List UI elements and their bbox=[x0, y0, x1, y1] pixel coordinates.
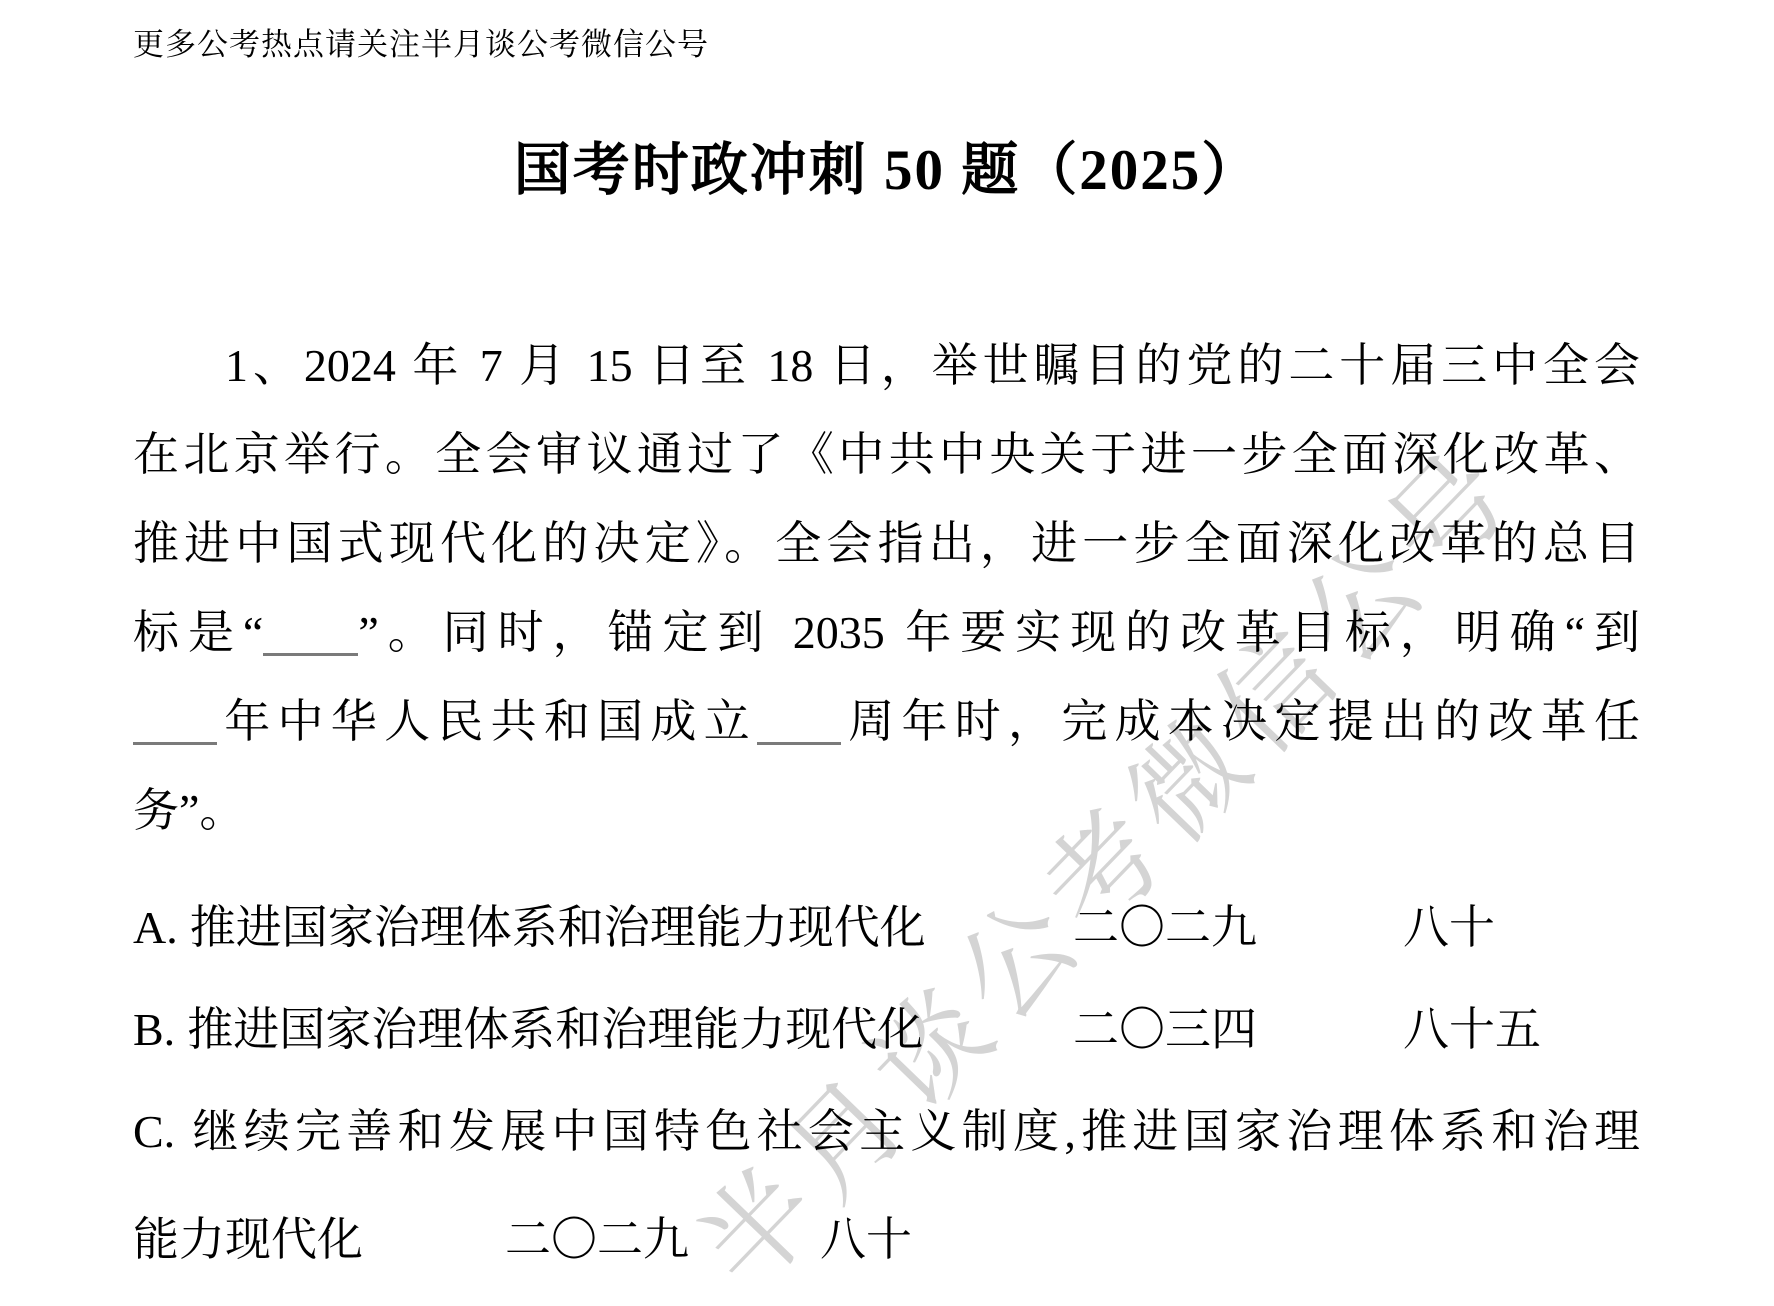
question-paragraph: 1、2024 年 7 月 15 日至 18 日，举世瞩目的党的二十届三中全会 在… bbox=[133, 321, 1640, 855]
paragraph-line-2: 在北京举行。全会审议通过了《中共中央关于进一步全面深化改革、 bbox=[133, 410, 1640, 499]
option-b-year: 二〇三四 bbox=[1073, 1002, 1257, 1058]
option-row-b: B.推进国家治理体系和治理能力现代化 二〇三四 八十五 bbox=[133, 1002, 1640, 1058]
document-page: 半月谈公考微信公号 更多公考热点请关注半月谈公考微信公号 国考时政冲刺 50 题… bbox=[0, 0, 1774, 1306]
option-row-a: A.推进国家治理体系和治理能力现代化 二〇二九 八十 bbox=[133, 900, 1640, 956]
fill-in-blank bbox=[263, 613, 358, 656]
text-segment: 周年时，完成本决定提出的改革任 bbox=[841, 696, 1640, 747]
paragraph-line-1: 1、2024 年 7 月 15 日至 18 日，举世瞩目的党的二十届三中全会 bbox=[133, 321, 1640, 410]
option-a-year: 二〇二九 bbox=[1073, 900, 1257, 956]
option-row-c-line1: C.继续完善和发展中国特色社会主义制度,推进国家治理体系和治理 bbox=[133, 1104, 1640, 1160]
paragraph-line-5: 年中华人民共和国成立周年时，完成本决定提出的改革任 bbox=[133, 677, 1640, 766]
option-c-anniversary: 八十 bbox=[820, 1212, 912, 1268]
option-c-label: C. bbox=[133, 1106, 175, 1157]
option-a-text: 推进国家治理体系和治理能力现代化 bbox=[190, 902, 926, 953]
option-b-text: 推进国家治理体系和治理能力现代化 bbox=[187, 1004, 923, 1055]
text-segment: 标是“ bbox=[133, 607, 263, 658]
option-row-c-line2: 能力现代化 二〇二九 八十 bbox=[133, 1212, 1640, 1268]
text-segment: 年中华人民共和国成立 bbox=[217, 696, 757, 747]
fill-in-blank bbox=[757, 702, 841, 745]
fill-in-blank bbox=[133, 702, 217, 745]
paragraph-line-6: 务”。 bbox=[133, 766, 1640, 855]
text-segment: ”。同时，锚定到 2035 年要实现的改革目标，明确“到 bbox=[358, 607, 1640, 658]
paragraph-line-4: 标是“”。同时，锚定到 2035 年要实现的改革目标，明确“到 bbox=[133, 588, 1640, 677]
option-c-text-line1: 继续完善和发展中国特色社会主义制度,推进国家治理体系和治理 bbox=[187, 1106, 1640, 1157]
text-segment: 1、2024 年 7 月 15 日至 18 日，举世瞩目的党的二十届三中全会 bbox=[225, 340, 1640, 391]
text-segment: 务”。 bbox=[133, 785, 245, 836]
text-segment: 在北京举行。全会审议通过了《中共中央关于进一步全面深化改革、 bbox=[133, 429, 1640, 480]
header-note: 更多公考热点请关注半月谈公考微信公号 bbox=[133, 26, 709, 64]
paragraph-line-3: 推进中国式现代化的决定》。全会指出，进一步全面深化改革的总目 bbox=[133, 499, 1640, 588]
option-b-label: B. bbox=[133, 1004, 175, 1055]
option-c-year: 二〇二九 bbox=[505, 1212, 689, 1268]
text-segment: 推进中国式现代化的决定》。全会指出，进一步全面深化改革的总目 bbox=[133, 518, 1640, 569]
option-a-anniversary: 八十 bbox=[1403, 900, 1495, 956]
option-a-label: A. bbox=[133, 902, 178, 953]
option-c-text-line2: 能力现代化 bbox=[133, 1214, 363, 1265]
option-b-anniversary: 八十五 bbox=[1403, 1002, 1541, 1058]
page-title: 国考时政冲刺 50 题（2025） bbox=[0, 140, 1774, 202]
